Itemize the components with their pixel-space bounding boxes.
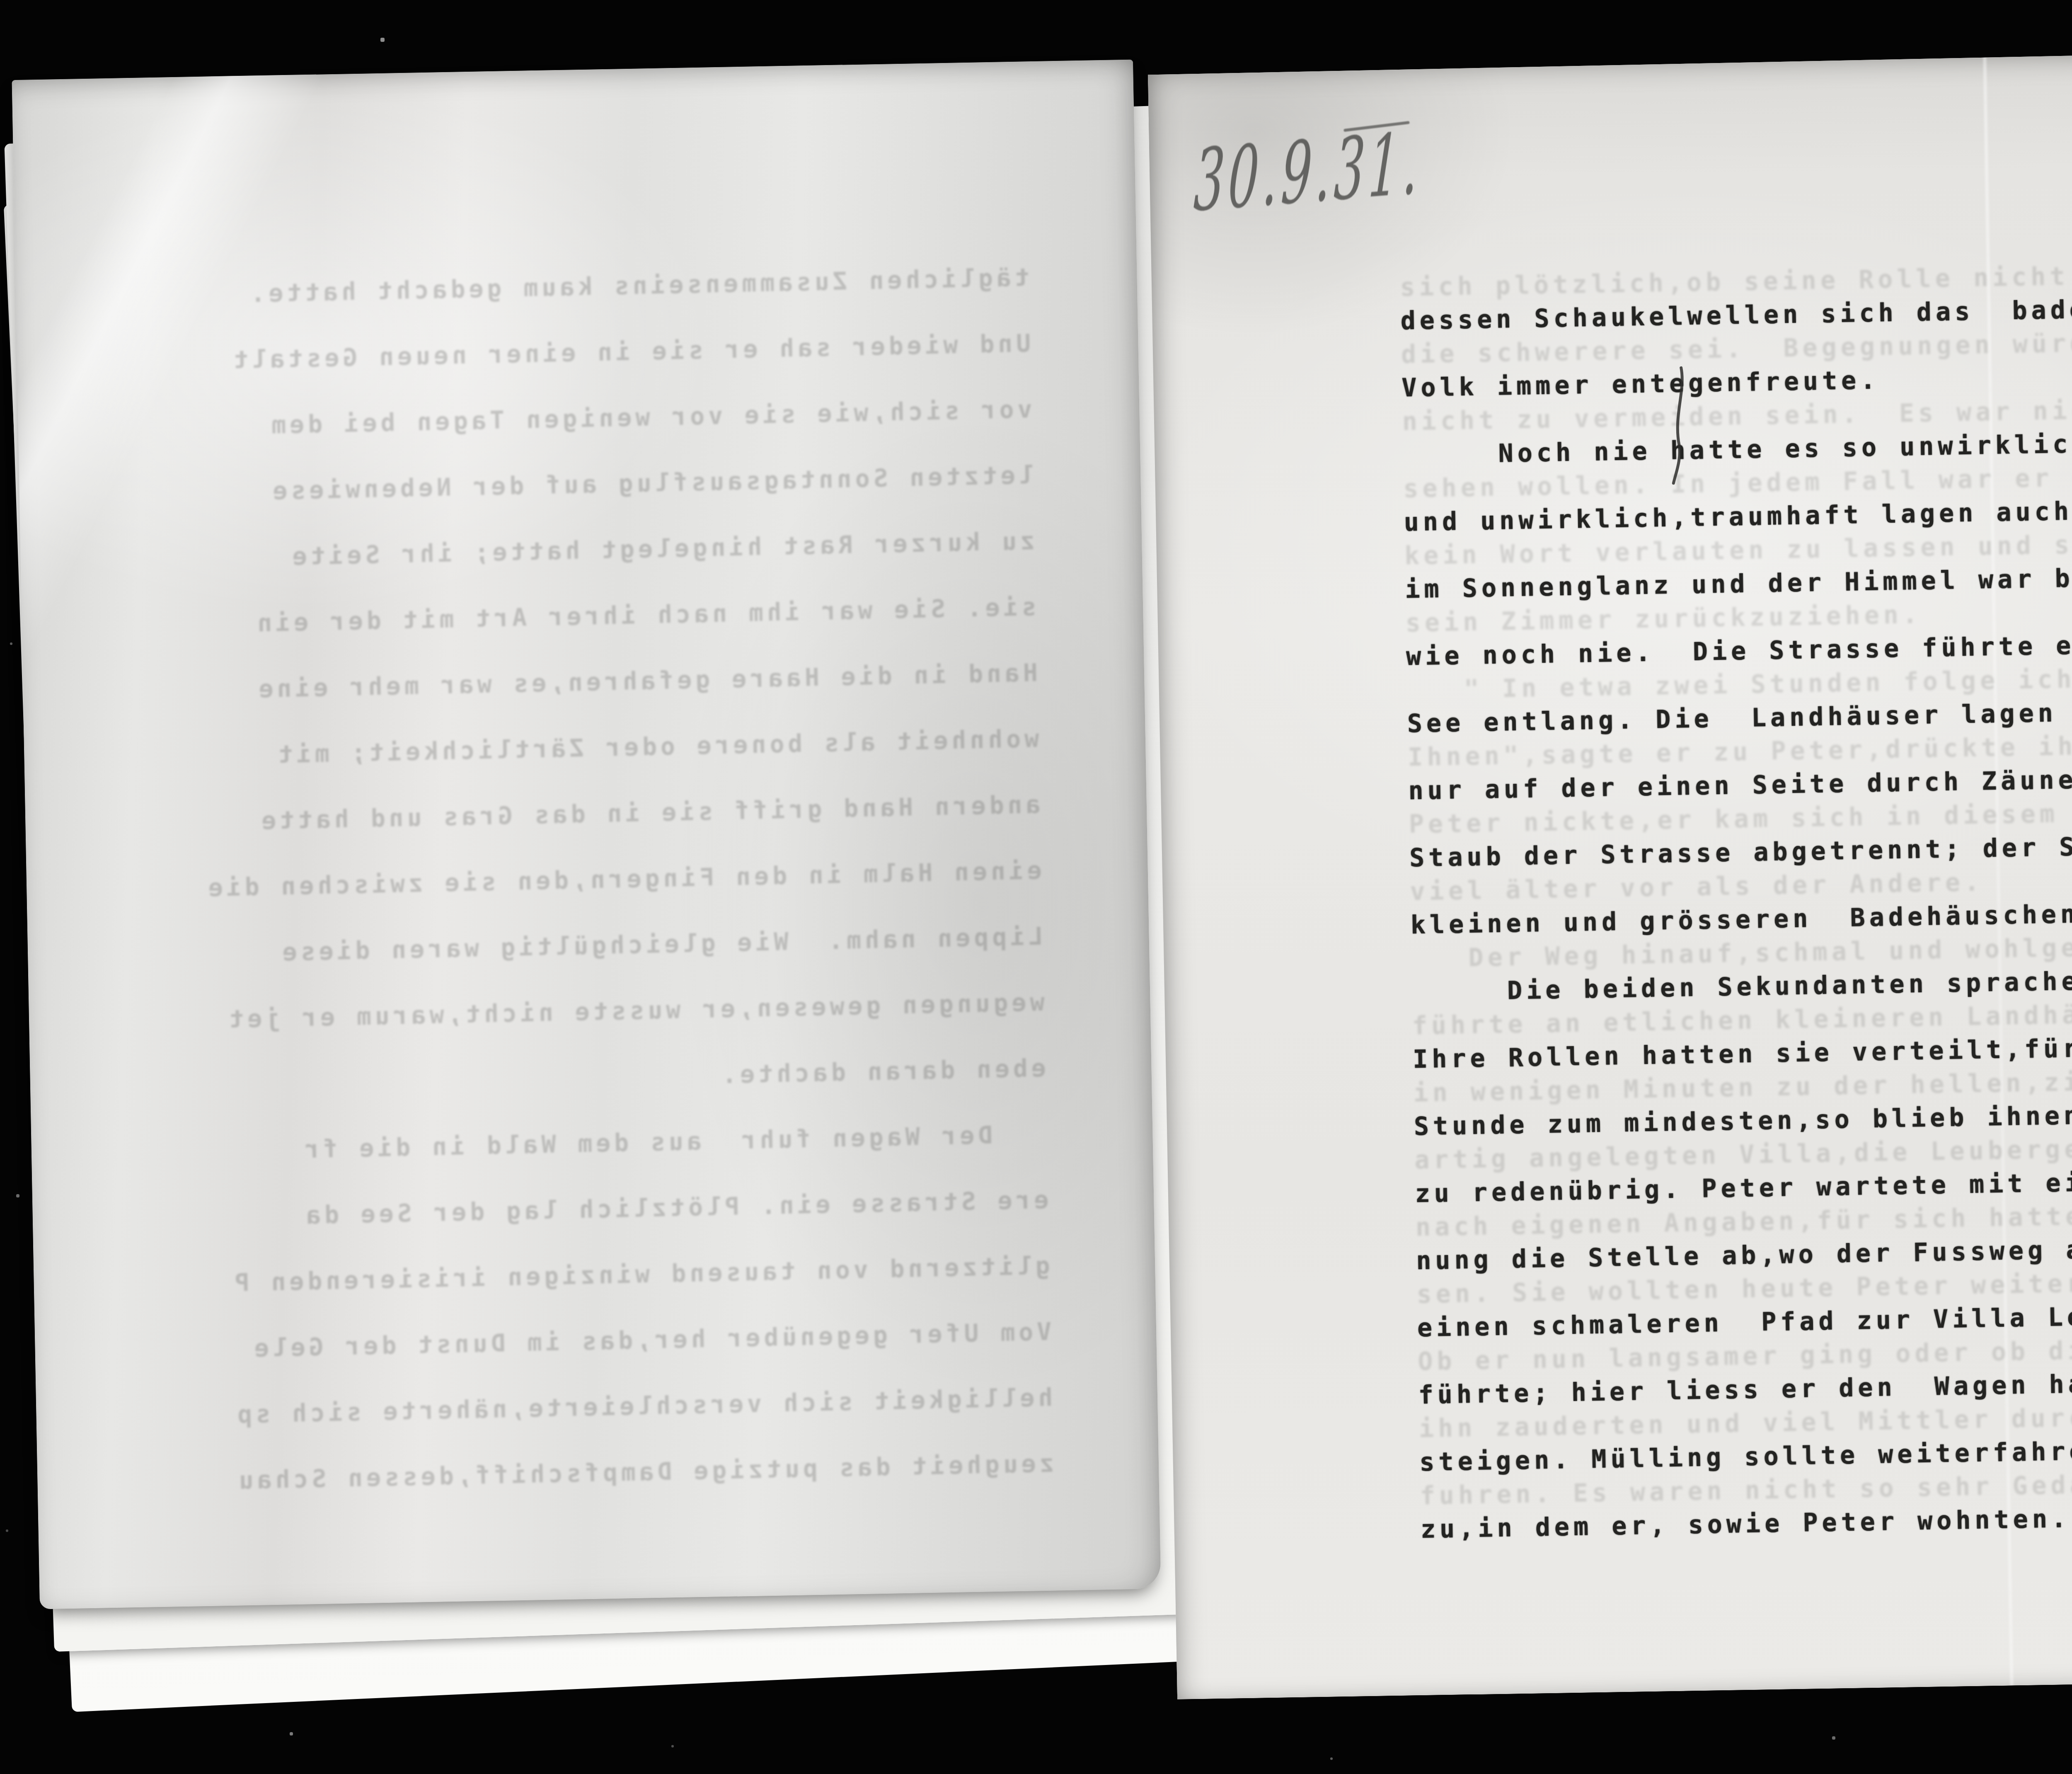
correction-stroke-icon: [1669, 366, 1696, 486]
dust-specks: [0, 0, 1, 1]
scan-background: täglichen Zusammenseins kaum gedacht hat…: [0, 0, 2072, 1774]
left-page-sheet: täglichen Zusammenseins kaum gedacht hat…: [12, 60, 1161, 1609]
mirrored-showthrough-text-block: täglichen Zusammenseins kaum gedacht hat…: [76, 245, 1055, 1517]
typescript-text-block: dessen Schaukelwellen sich das badende j…: [1400, 270, 2072, 1563]
right-page-sheet: 30.9.31. 18 sich plötzlich,ob seine Roll…: [1148, 48, 2072, 1699]
handwritten-correction-mark: [1669, 366, 1696, 488]
handwritten-date: 30.9.31.: [1192, 114, 1424, 231]
